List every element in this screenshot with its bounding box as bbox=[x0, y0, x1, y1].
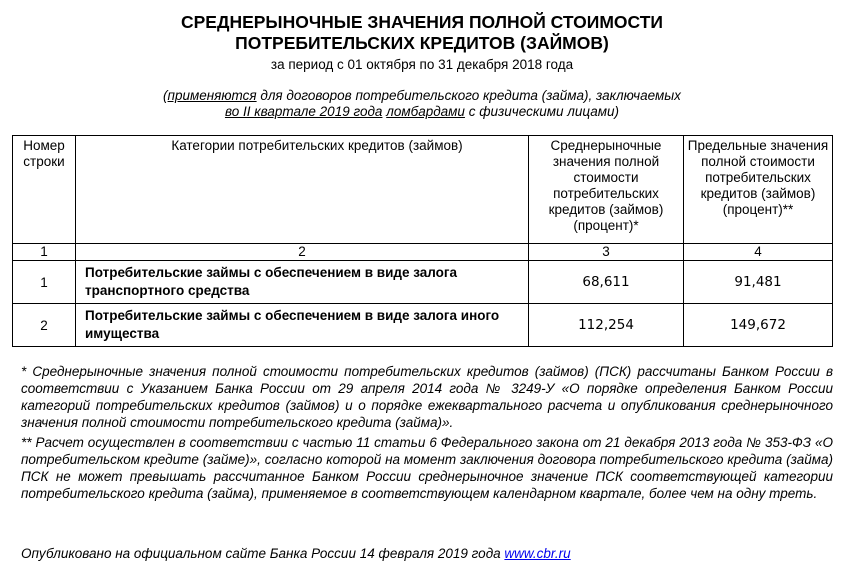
quarter-phrase: во II квартале 2019 года bbox=[225, 104, 383, 119]
row-category: Потребительские займы с обеспечением в в… bbox=[76, 304, 529, 347]
psk-table: Номер строки Категории потребительских к… bbox=[12, 135, 833, 347]
column-index: 1 bbox=[13, 244, 76, 261]
row-average-psk: 112,254 bbox=[529, 304, 684, 347]
document-title: СРЕДНЕРЫНОЧНЫЕ ЗНАЧЕНИЯ ПОЛНОЙ СТОИМОСТИ… bbox=[0, 12, 844, 54]
footnote-average: * Среднерыночные значения полной стоимос… bbox=[21, 363, 833, 431]
row-number: 2 bbox=[13, 304, 76, 347]
title-line-1: СРЕДНЕРЫНОЧНЫЕ ЗНАЧЕНИЯ ПОЛНОЙ СТОИМОСТИ bbox=[0, 12, 844, 33]
table-header-row: Номер строки Категории потребительских к… bbox=[13, 136, 833, 244]
publication-note: Опубликовано на официальном сайте Банка … bbox=[21, 546, 571, 562]
row-category: Потребительские займы с обеспечением в в… bbox=[76, 261, 529, 304]
column-index-row: 1 2 3 4 bbox=[13, 244, 833, 261]
pawnshops-word: ломбардами bbox=[386, 104, 465, 119]
column-index: 2 bbox=[76, 244, 529, 261]
column-index: 4 bbox=[684, 244, 833, 261]
table-row: 1 Потребительские займы с обеспечением в… bbox=[13, 261, 833, 304]
header-category: Категории потребительских кредитов (займ… bbox=[76, 136, 529, 244]
row-limit-psk: 149,672 bbox=[684, 304, 833, 347]
header-limit-psk: Предельные значения полной стоимости пот… bbox=[684, 136, 833, 244]
row-limit-psk: 91,481 bbox=[684, 261, 833, 304]
row-number: 1 bbox=[13, 261, 76, 304]
period-subtitle: за период с 01 октября по 31 декабря 201… bbox=[0, 57, 844, 73]
header-average-psk: Среднерыночные значения полной стоимости… bbox=[529, 136, 684, 244]
row-average-psk: 68,611 bbox=[529, 261, 684, 304]
title-line-2: ПОТРЕБИТЕЛЬСКИХ КРЕДИТОВ (ЗАЙМОВ) bbox=[0, 33, 844, 54]
footnote-limit: ** Расчет осуществлен в соответствии с ч… bbox=[21, 434, 833, 502]
publication-text: Опубликовано на официальном сайте Банка … bbox=[21, 546, 504, 561]
column-index: 3 bbox=[529, 244, 684, 261]
applies-word: применяются bbox=[168, 88, 257, 103]
cbr-link[interactable]: www.cbr.ru bbox=[504, 546, 570, 561]
applicability-note: (применяются для договоров потребительск… bbox=[0, 88, 844, 120]
header-row-number: Номер строки bbox=[13, 136, 76, 244]
table-row: 2 Потребительские займы с обеспечением в… bbox=[13, 304, 833, 347]
